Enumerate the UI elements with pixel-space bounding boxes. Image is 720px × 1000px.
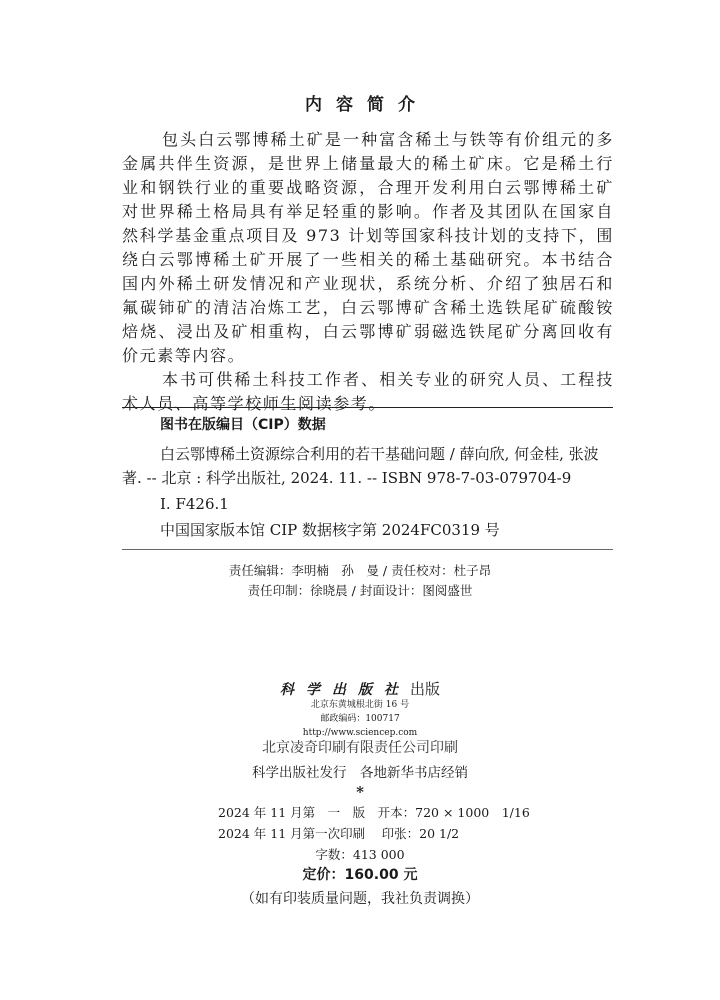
- edition-line-1: 2024 年 11 月第 一 版 开本：720 × 1000 1/16: [218, 803, 530, 821]
- credits-line-2: 责任印制：徐晓晨 / 封面设计：图阅盛世: [0, 581, 720, 601]
- cip-bottom-divider: [122, 549, 613, 550]
- cip-block: 图书在版编目（CIP）数据 白云鄂博稀土资源综合利用的若干基础问题 / 薛向欣,…: [122, 414, 613, 542]
- credits-line-1: 责任编辑：李明楠 孙 曼 / 责任校对：杜子昂: [0, 561, 720, 581]
- cip-number: 中国国家版本馆 CIP 数据核字第 2024FC0319 号: [122, 518, 613, 542]
- cip-top-divider: [122, 407, 613, 408]
- book-price: 定价：160.00 元: [0, 864, 720, 884]
- publisher-address: 北京东黄城根北街 16 号: [0, 699, 720, 712]
- quality-notice: （如有印装质量问题，我社负责调换）: [0, 888, 720, 908]
- distribution-info: 科学出版社发行 各地新华书店经销: [0, 761, 720, 781]
- cip-heading: 图书在版编目（CIP）数据: [122, 414, 613, 436]
- edition-line-2: 2024 年 11 月第一次印刷 印张：20 1/2: [218, 824, 459, 842]
- editorial-credits: 责任编辑：李明楠 孙 曼 / 责任校对：杜子昂 责任印制：徐晓晨 / 封面设计：…: [0, 561, 720, 601]
- publisher-postcode: 邮政编码：100717: [0, 713, 720, 726]
- separator-asterisk: *: [0, 783, 720, 801]
- book-introduction: 包头白云鄂博稀土矿是一种富含稀土与铁等有价组元的多金属共伴生资源，是世界上储量最…: [122, 128, 614, 416]
- publisher-logo-suffix: 出版: [410, 680, 440, 698]
- intro-paragraph-1: 包头白云鄂博稀土矿是一种富含稀土与铁等有价组元的多金属共伴生资源，是世界上储量最…: [122, 128, 614, 368]
- printer-info: 北京凌奇印刷有限责任公司印刷: [0, 738, 720, 758]
- publisher-logo: 科学出版社: [280, 682, 410, 698]
- cip-entry-line-1: 白云鄂博稀土资源综合利用的若干基础问题 / 薛向欣, 何金桂, 张波: [122, 442, 613, 466]
- intro-paragraph-2: 本书可供稀土科技工作者、相关专业的研究人员、工程技术人员、高等学校师生阅读参考。: [122, 368, 614, 416]
- cip-classification: Ⅰ. F426.1: [122, 492, 613, 516]
- cip-entry-line-2: 著. -- 北京 : 科学出版社, 2024. 11. -- ISBN 978-…: [122, 466, 613, 490]
- publisher-logo-line: 科学出版社出版: [0, 678, 720, 699]
- word-count: 字数：413 000: [0, 845, 720, 863]
- page-title: 内容简介: [0, 90, 720, 115]
